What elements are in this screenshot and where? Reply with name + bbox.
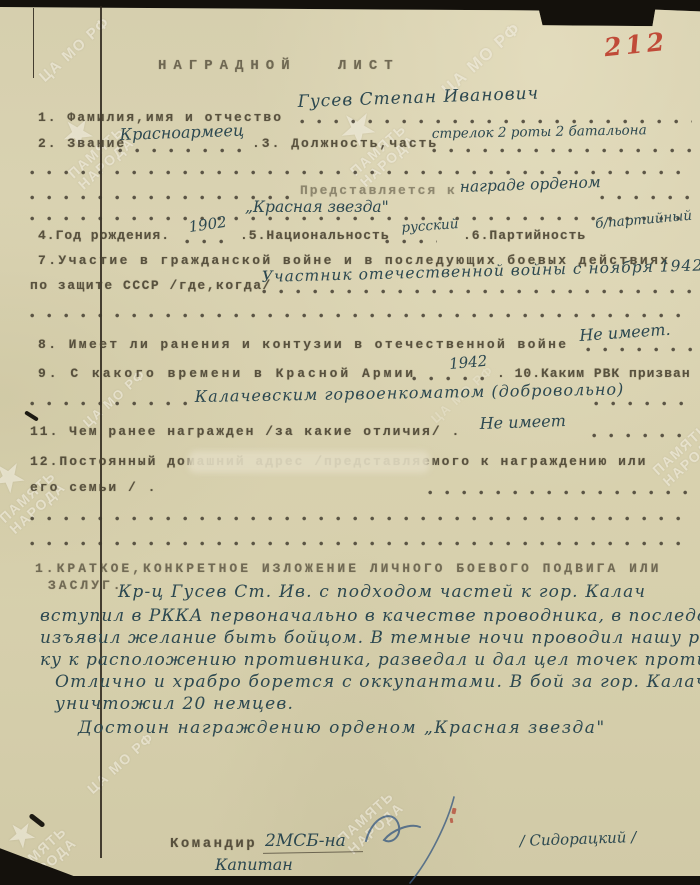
field-birthyear-label: 4.Год рождения.	[38, 228, 170, 243]
citation-line: ку к расположению противника, разведал и…	[40, 650, 700, 670]
field-nationality-label: .5.Национальность	[240, 228, 390, 243]
signature-stroke	[358, 793, 478, 885]
field-wounds-label: 8. Имеет ли ранения и контузии в отечест…	[38, 337, 568, 352]
field-war-label-2: по защите СССР /где,когда/	[30, 278, 272, 293]
star-icon: ★	[0, 798, 59, 870]
field-army-since-value: 1942	[448, 352, 488, 373]
star-icon: ★	[0, 438, 48, 514]
signature-rank: Капитан	[215, 855, 293, 874]
citation-line: Отлично и храбро борется с оккупантами. …	[55, 672, 700, 692]
memory-watermark-text: ПАМЯТЬ	[649, 420, 700, 478]
memory-watermark-text: НАРОДА	[17, 834, 79, 876]
signature-unit: 2МСБ-на	[265, 831, 346, 851]
red-ink-speck	[450, 818, 454, 823]
memory-watermark-text: НАРОДА	[659, 431, 700, 489]
field-address-label-2: его семьи / .	[30, 480, 157, 495]
signature-commander-label: Командир	[170, 836, 257, 852]
memory-watermark-text: ПАМЯТЬ	[7, 823, 69, 876]
margin-line-short	[33, 8, 34, 78]
form-title: НАГРАДНОЙ ЛИСТ	[158, 58, 400, 74]
citation-line: уничтожил 20 немцев.	[55, 694, 294, 714]
archive-watermark: ЦА МО РФ	[36, 14, 113, 86]
archive-watermark: ЦА МО РФ	[84, 729, 157, 797]
citation-line: изъявил желание быть бойцом. В темные но…	[40, 628, 700, 648]
star-icon: ★	[40, 95, 117, 170]
field-prior-awards-value: Не имеет	[479, 411, 566, 433]
presented-value-2: „Красная звезда"	[245, 198, 389, 216]
memory-watermark: ★ ПАМЯТЬ НАРОДА	[0, 798, 79, 876]
field-prior-awards-label: 11. Чем ранее награжден /за какие отличи…	[30, 424, 461, 439]
scanned-award-sheet: ЦА МО РФ ЦА МО РФ ★ ПАМЯТЬ НАРОДА ★ ПАМЯ…	[0, 0, 700, 885]
memory-watermark: ПАМЯТЬ НАРОДА	[650, 420, 700, 489]
citation-line: Кр-ц Гусев Ст. Ив. с подходом частей к г…	[118, 582, 646, 602]
citation-heading-1: 1.КРАТКОЕ,КОНКРЕТНОЕ ИЗЛОЖЕНИЕ ЛИЧНОГО Б…	[35, 561, 661, 576]
citation-line: вступил в РККА первоначально в качестве …	[40, 606, 700, 626]
citation-heading-2: ЗАСЛУГ.	[48, 578, 124, 593]
smudge	[188, 451, 430, 473]
citation-conclusion: Достоин награждению орденом „Красная зве…	[78, 718, 606, 738]
field-position-label: .3. Должность,часть	[252, 136, 438, 151]
field-army-since-label: 9. С какого времени в Красной Армии	[38, 366, 416, 381]
field-party-label: .6.Партийность	[463, 228, 586, 243]
field-rank-label: 2. Звание	[38, 136, 126, 151]
field-rvk-label: . 10.Каким РВК призван	[497, 366, 691, 381]
presented-label: Представляется к	[300, 183, 457, 198]
